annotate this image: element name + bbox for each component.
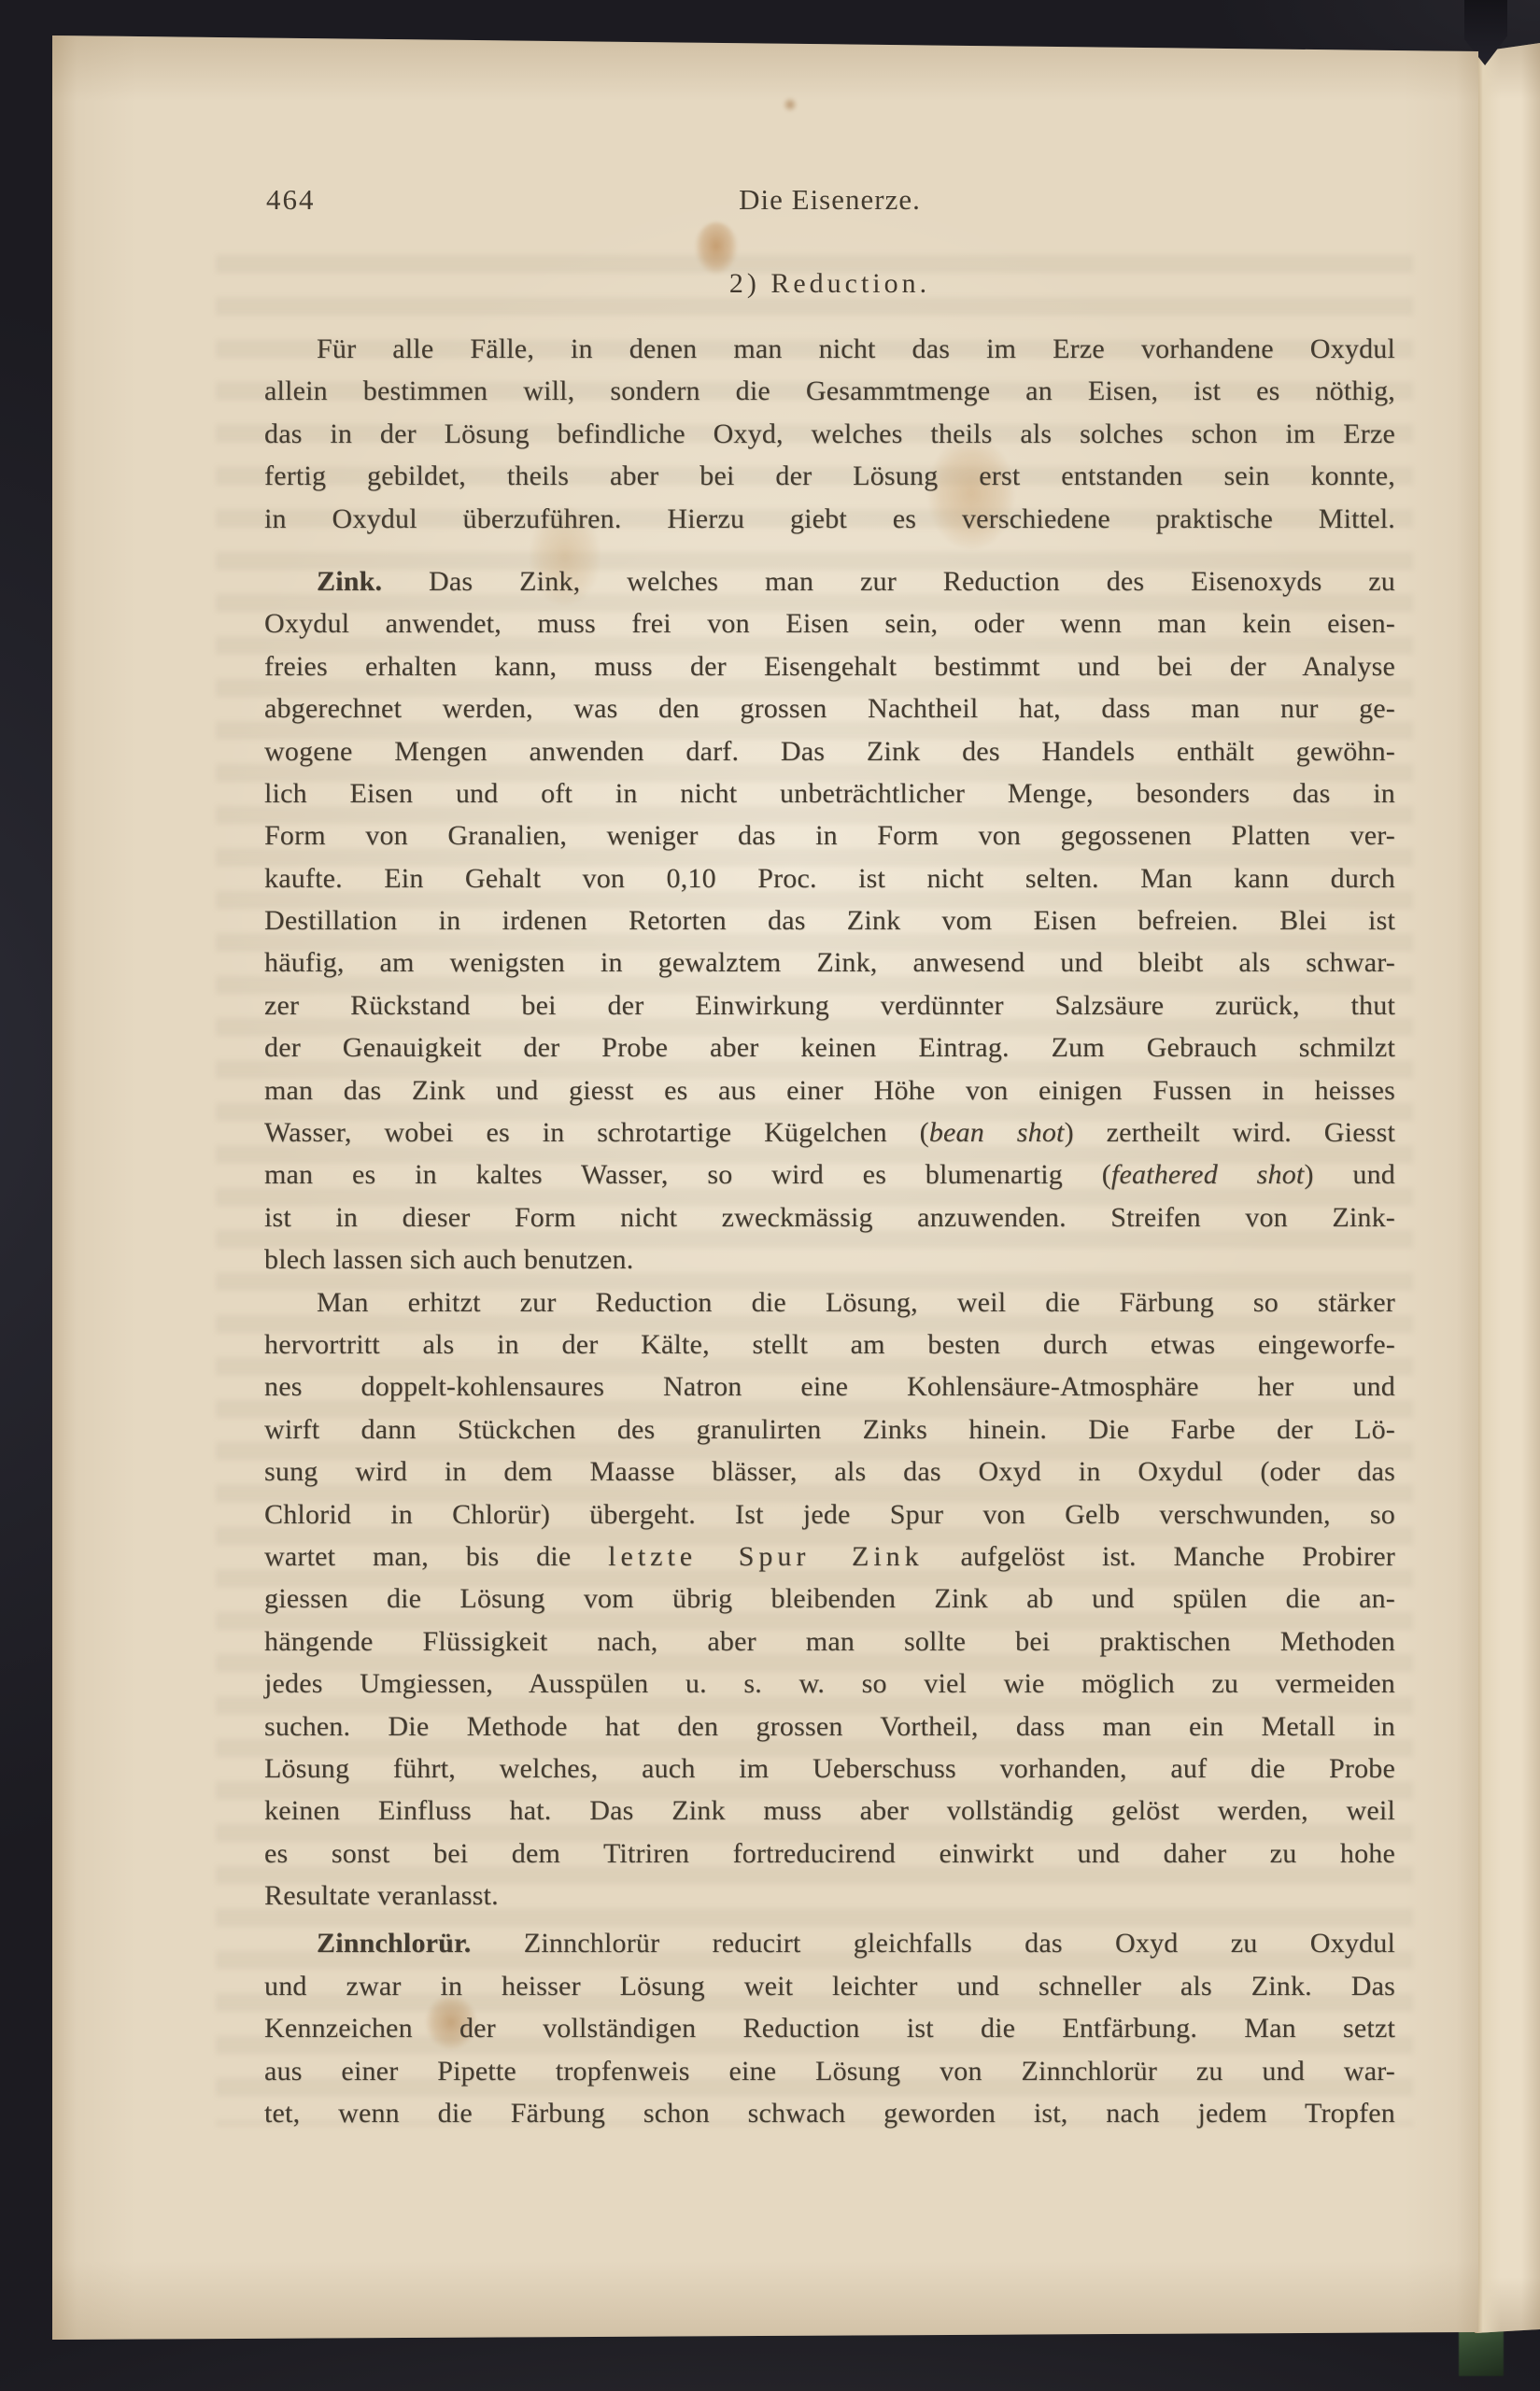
- text-segment: häufig, am wenigsten in gewalztem Zink, …: [264, 947, 1395, 978]
- paragraphs: Für alle Fälle, in denen man nicht das i…: [264, 328, 1395, 2134]
- text-segment: Form von Granalien, weniger das in Form …: [264, 820, 1395, 851]
- text-segment: man es in kaltes Wasser, so wird es blum…: [264, 1159, 1111, 1190]
- paragraph-intro: Für alle Fälle, in denen man nicht das i…: [264, 328, 1395, 540]
- text-segment: Resultate veranlasst.: [264, 1880, 499, 1911]
- text-segment: keinen Einfluss hat. Das Zink muss aber …: [264, 1795, 1395, 1826]
- text-segment: kaufte. Ein Gehalt von 0,10 Proc. ist ni…: [264, 863, 1395, 894]
- text-segment: es sonst bei dem Titriren fortreducirend…: [264, 1838, 1395, 1869]
- text-segment: Zinnchlorür reducirt gleichfalls das Oxy…: [472, 1928, 1395, 1959]
- text-line: Zinnchlorür. Zinnchlorür reducirt gleich…: [264, 1922, 1395, 1964]
- paragraph-erhitzen: Man erhitzt zur Reduction die Lösung, we…: [264, 1281, 1395, 1917]
- text-line: Chlorid in Chlorür) übergeht. Ist jede S…: [264, 1493, 1395, 1535]
- text-segment: Wasser, wobei es in schrotartige Kügelch…: [264, 1117, 929, 1148]
- text-segment: hervortritt als in der Kälte, stellt am …: [264, 1329, 1395, 1360]
- text-line: aus einer Pipette tropfenweis eine Lösun…: [264, 2050, 1395, 2092]
- text-segment: giessen die Lösung vom übrig bleibenden …: [264, 1583, 1395, 1614]
- photographed-book-spread: { "page_scan": { "page_number": "464", "…: [0, 0, 1540, 2391]
- text-segment: aufgelöst ist. Manche Probirer: [924, 1541, 1395, 1572]
- bold-lead: Zink.: [317, 566, 382, 597]
- text-line: sung wird in dem Maasse blässer, als das…: [264, 1450, 1395, 1493]
- text-line: jedes Umgiessen, Ausspülen u. s. w. so v…: [264, 1662, 1395, 1705]
- text-segment: wogene Mengen anwenden darf. Das Zink de…: [264, 736, 1395, 767]
- text-line: freies erhalten kann, muss der Eisengeha…: [264, 645, 1395, 687]
- text-segment: ) und: [1304, 1159, 1395, 1190]
- text-segment: Man erhitzt zur Reduction die Lösung, we…: [317, 1287, 1395, 1318]
- text-line: häufig, am wenigsten in gewalztem Zink, …: [264, 941, 1395, 983]
- page-header: 464 Die Eisenerze.: [264, 180, 1395, 219]
- bold-lead: Zinnchlorür.: [317, 1928, 472, 1959]
- text-segment: Für alle Fälle, in denen man nicht das i…: [317, 333, 1395, 364]
- text-line: wirft dann Stückchen des granulirten Zin…: [264, 1408, 1395, 1450]
- text-segment: hängende Flüssigkeit nach, aber man soll…: [264, 1626, 1395, 1657]
- text-line: man es in kaltes Wasser, so wird es blum…: [264, 1153, 1395, 1195]
- paragraph-zinnchloruer: Zinnchlorür. Zinnchlorür reducirt gleich…: [264, 1922, 1395, 2134]
- text-line: blech lassen sich auch benutzen.: [264, 1238, 1395, 1280]
- text-line: allein bestimmen will, sondern die Gesam…: [264, 370, 1395, 412]
- text-segment: das in der Lösung befindliche Oxyd, welc…: [264, 418, 1395, 449]
- text-line: Resultate veranlasst.: [264, 1875, 1395, 1917]
- text-line: Man erhitzt zur Reduction die Lösung, we…: [264, 1281, 1395, 1323]
- text-line: hervortritt als in der Kälte, stellt am …: [264, 1323, 1395, 1365]
- text-segment: lich Eisen und oft in nicht unbeträchtli…: [264, 778, 1395, 809]
- text-segment: suchen. Die Methode hat den grossen Vort…: [264, 1711, 1395, 1742]
- text-line: suchen. Die Methode hat den grossen Vort…: [264, 1705, 1395, 1747]
- text-segment: man das Zink und giesst es aus einer Höh…: [264, 1075, 1395, 1106]
- text-line: Lösung führt, welches, auch im Ueberschu…: [264, 1747, 1395, 1790]
- text-line: giessen die Lösung vom übrig bleibenden …: [264, 1577, 1395, 1620]
- text-line: in Oxydul überzuführen. Hierzu giebt es …: [264, 498, 1395, 540]
- text-line: wogene Mengen anwenden darf. Das Zink de…: [264, 730, 1395, 772]
- text-column: 464 Die Eisenerze. 2) Reduction. Für all…: [52, 35, 1478, 2134]
- text-segment: Das Zink, welches man zur Reduction des …: [382, 566, 1395, 597]
- italic-term: feathered shot: [1111, 1159, 1305, 1190]
- text-segment: allein bestimmen will, sondern die Gesam…: [264, 375, 1395, 406]
- text-line: fertig gebildet, theils aber bei der Lös…: [264, 455, 1395, 497]
- text-line: Kennzeichen der vollständigen Reduction …: [264, 2007, 1395, 2049]
- text-segment: Lösung führt, welches, auch im Ueberschu…: [264, 1753, 1395, 1784]
- text-segment: der Genauigkeit der Probe aber keinen Ei…: [264, 1032, 1395, 1063]
- text-line: nes doppelt-kohlensaures Natron eine Koh…: [264, 1365, 1395, 1408]
- text-line: das in der Lösung befindliche Oxyd, welc…: [264, 413, 1395, 455]
- text-line: wartet man, bis die letzte Spur Zink auf…: [264, 1535, 1395, 1577]
- text-segment: nes doppelt-kohlensaures Natron eine Koh…: [264, 1371, 1395, 1402]
- text-line: Destillation in irdenen Retorten das Zin…: [264, 899, 1395, 941]
- text-line: und zwar in heisser Lösung weit leichter…: [264, 1965, 1395, 2007]
- text-segment: wirft dann Stückchen des granulirten Zin…: [264, 1414, 1395, 1445]
- book-page: 464 Die Eisenerze. 2) Reduction. Für all…: [52, 35, 1478, 2341]
- text-line: Wasser, wobei es in schrotartige Kügelch…: [264, 1111, 1395, 1153]
- text-line: Oxydul anwendet, muss frei von Eisen sei…: [264, 602, 1395, 644]
- text-segment: blech lassen sich auch benutzen.: [264, 1244, 633, 1275]
- section-heading: 2) Reduction.: [264, 266, 1395, 302]
- text-line: Zink. Das Zink, welches man zur Reductio…: [264, 560, 1395, 602]
- text-segment: Destillation in irdenen Retorten das Zin…: [264, 905, 1395, 936]
- text-segment: abgerechnet werden, was den grossen Nach…: [264, 693, 1395, 724]
- page-number: 464: [266, 180, 316, 219]
- text-segment: wartet man, bis die: [264, 1541, 608, 1572]
- text-segment: jedes Umgiessen, Ausspülen u. s. w. so v…: [264, 1668, 1395, 1699]
- running-title: Die Eisenerze.: [264, 180, 1395, 219]
- text-line: hängende Flüssigkeit nach, aber man soll…: [264, 1620, 1395, 1662]
- text-line: abgerechnet werden, was den grossen Nach…: [264, 687, 1395, 729]
- text-segment: sung wird in dem Maasse blässer, als das…: [264, 1456, 1395, 1487]
- text-line: zer Rückstand bei der Einwirkung verdünn…: [264, 984, 1395, 1026]
- text-segment: Oxydul anwendet, muss frei von Eisen sei…: [264, 608, 1395, 639]
- text-line: der Genauigkeit der Probe aber keinen Ei…: [264, 1026, 1395, 1068]
- text-line: kaufte. Ein Gehalt von 0,10 Proc. ist ni…: [264, 857, 1395, 899]
- text-segment: und zwar in heisser Lösung weit leichter…: [264, 1971, 1395, 2002]
- text-line: ist in dieser Form nicht zweckmässig anz…: [264, 1196, 1395, 1238]
- text-segment: Chlorid in Chlorür) übergeht. Ist jede S…: [264, 1499, 1395, 1530]
- text-line: es sonst bei dem Titriren fortreducirend…: [264, 1832, 1395, 1875]
- text-segment: Kennzeichen der vollständigen Reduction …: [264, 2013, 1395, 2044]
- text-line: tet, wenn die Färbung schon schwach gewo…: [264, 2092, 1395, 2134]
- italic-term: bean shot: [929, 1117, 1065, 1148]
- text-segment: letzte Spur Zink: [608, 1541, 923, 1572]
- next-page-fore-edge: [1475, 43, 1540, 2333]
- text-segment: in Oxydul überzuführen. Hierzu giebt es …: [264, 503, 1395, 534]
- text-line: Form von Granalien, weniger das in Form …: [264, 814, 1395, 856]
- text-line: keinen Einfluss hat. Das Zink muss aber …: [264, 1790, 1395, 1832]
- paragraph-zink: Zink. Das Zink, welches man zur Reductio…: [264, 560, 1395, 1281]
- cover-cloth-sliver: [1459, 2326, 1504, 2376]
- text-segment: ist in dieser Form nicht zweckmässig anz…: [264, 1202, 1395, 1233]
- text-segment: tet, wenn die Färbung schon schwach gewo…: [264, 2098, 1395, 2129]
- text-segment: zer Rückstand bei der Einwirkung verdünn…: [264, 990, 1395, 1021]
- text-line: man das Zink und giesst es aus einer Höh…: [264, 1069, 1395, 1111]
- text-line: Für alle Fälle, in denen man nicht das i…: [264, 328, 1395, 370]
- text-line: lich Eisen und oft in nicht unbeträchtli…: [264, 772, 1395, 814]
- text-segment: ) zertheilt wird. Giesst: [1065, 1117, 1395, 1148]
- text-segment: fertig gebildet, theils aber bei der Lös…: [264, 460, 1395, 491]
- text-segment: aus einer Pipette tropfenweis eine Lösun…: [264, 2056, 1395, 2087]
- text-segment: freies erhalten kann, muss der Eisengeha…: [264, 651, 1395, 682]
